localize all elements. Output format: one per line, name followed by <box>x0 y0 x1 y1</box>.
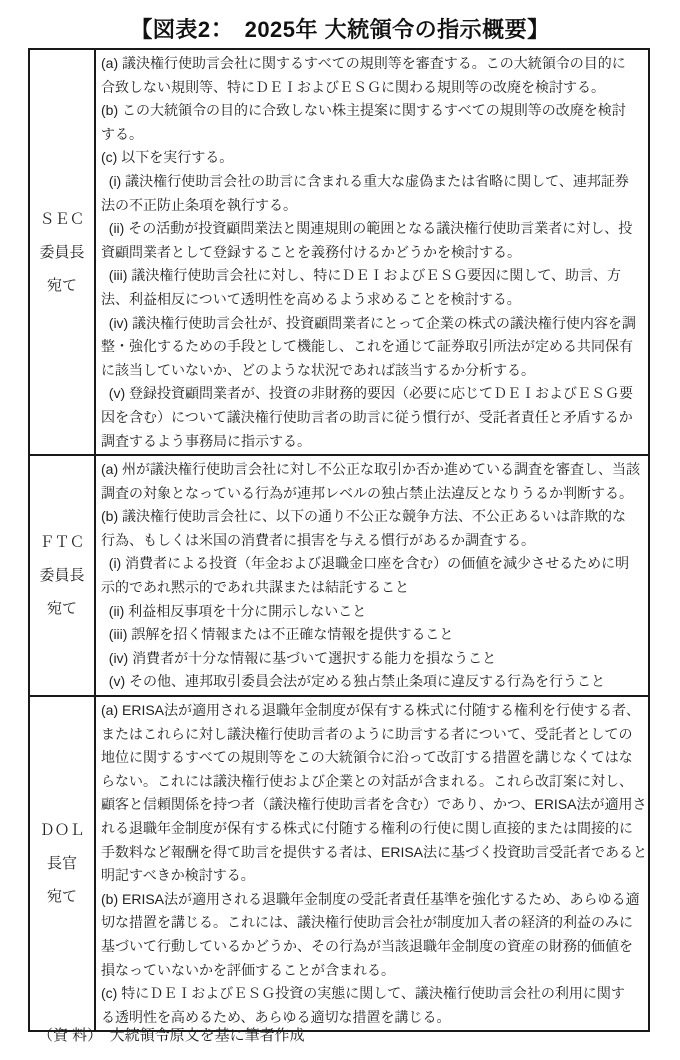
directive-text-line: 顧客と信頼関係を持つ者（議決権行使助言者を含む）であり、かつ、ERISA法が適用… <box>101 793 644 817</box>
directive-text-line: (iii) 議決権行使助言会社に対し、特にＤＥＩおよびＥＳＧ要因に関して、助言、… <box>101 264 644 288</box>
directive-text-line: 基づいて行動しているかどうか、その行為が当該退職年金制度の資産の財務的価値を <box>101 935 644 959</box>
addressee-line: ＳＥＣ <box>39 203 84 236</box>
directive-text-line: 明記すべきか検討する。 <box>101 864 644 888</box>
directive-text-line: 合致しない規則等、特にＤＥＩおよびＥＳＧに関わる規則等の改廃を検討する。 <box>101 76 644 100</box>
addressee-line: 委員長 <box>39 559 84 592</box>
directive-text-line: 行為、もしくは米国の消費者に損害を与える慣行があるか調査する。 <box>101 529 644 553</box>
directive-text-line: 調査の対象となっている行為が連邦レベルの独占禁止法違反となりうるか判断する。 <box>101 482 644 506</box>
directive-text-line: またはこれらに対し議決権行使助言者のように助言する者について、受託者としての <box>101 723 644 747</box>
directive-text-line: (ii) 利益相反事項を十分に開示しないこと <box>101 600 644 624</box>
directive-summary-table: ＳＥＣ委員長宛て(a) 議決権行使助言会社に関するすべての規則等を審査する。この… <box>28 48 650 1032</box>
directive-text-line: 地位に関するすべての規則等をこの大統領令に沿って改訂する措置を講じなくてはな <box>101 746 644 770</box>
directive-text-line: 示的であれ黙示的であれ共謀または結託すること <box>101 576 644 600</box>
addressee-cell: ＳＥＣ委員長宛て <box>30 50 96 454</box>
addressee-cell: ＦＴＣ委員長宛て <box>30 456 96 695</box>
directive-text-line: 法、利益相反について透明性を高めるよう求めることを検討する。 <box>101 288 644 312</box>
directive-content-cell: (a) 州が議決権行使助言会社に対し不公正な取引か否か進めている調査を審査し、当… <box>96 456 648 695</box>
directive-text-line: に該当していないか、どのような状況であれば該当するか分析する。 <box>101 359 644 383</box>
directive-text-line: (c) 以下を実行する。 <box>101 146 644 170</box>
addressee-cell: ＤＯＬ長官宛て <box>30 697 96 1030</box>
directive-text-line: 法の不正防止条項を執行する。 <box>101 194 644 218</box>
addressee-line: 宛て <box>47 592 77 625</box>
table-row: ＳＥＣ委員長宛て(a) 議決権行使助言会社に関するすべての規則等を審査する。この… <box>30 50 648 456</box>
source-note: （資 料） 大統領令原文を基に筆者作成 <box>38 1024 305 1045</box>
directive-text-line: 切な措置を講じる。これには、議決権行使助言会社が制度加入者の経済的利益のみに <box>101 911 644 935</box>
addressee-line: ＤＯＬ <box>39 814 84 847</box>
addressee-line: ＦＴＣ <box>39 526 84 559</box>
directive-text-line: 調査するよう事務局に指示する。 <box>101 430 644 454</box>
directive-text-line: 損なっていないかを評価することが含まれる。 <box>101 959 644 983</box>
directive-text-line: (iv) 消費者が十分な情報に基づいて選択する能力を損なうこと <box>101 647 644 671</box>
directive-text-line: 整・強化するための手段として機能し、これを通じて証券取引所法が定める共同保有 <box>101 335 644 359</box>
directive-text-line: (i) 消費者による投資（年金および退職金口座を含む）の価値を減少させるために明 <box>101 552 644 576</box>
directive-text-line: れる退職年金制度が保有する株式に付随する権利の行使に関し直接的または間接的に <box>101 817 644 841</box>
directive-text-line: (ii) その活動が投資顧問業法と関連規則の範囲となる議決権行使助言業者に対し、… <box>101 217 644 241</box>
table-row: ＤＯＬ長官宛て(a) ERISA法が適用される退職年金制度が保有する株式に付随す… <box>30 697 648 1030</box>
table-row: ＦＴＣ委員長宛て(a) 州が議決権行使助言会社に対し不公正な取引か否か進めている… <box>30 456 648 697</box>
directive-text-line: (iii) 誤解を招く情報または不正確な情報を提供すること <box>101 623 644 647</box>
directive-content-cell: (a) ERISA法が適用される退職年金制度が保有する株式に付随する権利を行使す… <box>96 697 648 1030</box>
addressee-line: 宛て <box>47 880 77 913</box>
directive-content-cell: (a) 議決権行使助言会社に関するすべての規則等を審査する。この大統領令の目的に… <box>96 50 648 454</box>
directive-text-line: する。 <box>101 123 644 147</box>
directive-text-line: (a) ERISA法が適用される退職年金制度が保有する株式に付随する権利を行使す… <box>101 699 644 723</box>
directive-text-line: (v) その他、連邦取引委員会法が定める独占禁止条項に違反する行為を行うこと <box>101 670 644 694</box>
directive-text-line: 手数料など報酬を得て助言を提供する者は、ERISA法に基づく投資助言受託者である… <box>101 841 644 865</box>
directive-text-line: 因を含む）について議決権行使助言者の助言に従う慣行が、受託者責任と矛盾するか <box>101 406 644 430</box>
addressee-line: 委員長 <box>39 236 84 269</box>
directive-text-line: (c) 特にＤＥＩおよびＥＳＧ投資の実態に関して、議決権行使助言会社の利用に関す <box>101 982 644 1006</box>
directive-text-line: (iv) 議決権行使助言会社が、投資顧問業者にとって企業の株式の議決権行使内容を… <box>101 312 644 336</box>
directive-text-line: (i) 議決権行使助言会社の助言に含まれる重大な虚偽または省略に関して、連邦証券 <box>101 170 644 194</box>
directive-text-line: (b) この大統領令の目的に合致しない株主提案に関するすべての規則等の改廃を検討 <box>101 99 644 123</box>
directive-text-line: (b) ERISA法が適用される退職年金制度の受託者責任基準を強化するため、あら… <box>101 888 644 912</box>
directive-text-line: 資顧問業者として登録することを義務付けるかどうかを検討する。 <box>101 241 644 265</box>
addressee-line: 宛て <box>47 269 77 302</box>
directive-text-line: (a) 議決権行使助言会社に関するすべての規則等を審査する。この大統領令の目的に <box>101 52 644 76</box>
addressee-line: 長官 <box>47 847 77 880</box>
directive-text-line: (v) 登録投資顧問業者が、投資の非財務的要因（必要に応じてＤＥＩおよびＥＳＧ要 <box>101 382 644 406</box>
directive-text-line: らない。これには議決権行使および企業との対話が含まれる。これら改訂案に対し、 <box>101 770 644 794</box>
page-title: 【図表2： 2025年 大統領令の指示概要】 <box>0 13 680 44</box>
directive-text-line: (a) 州が議決権行使助言会社に対し不公正な取引か否か進めている調査を審査し、当… <box>101 458 644 482</box>
directive-text-line: (b) 議決権行使助言会社に、以下の通り不公正な競争方法、不公正あるいは詐欺的な <box>101 505 644 529</box>
